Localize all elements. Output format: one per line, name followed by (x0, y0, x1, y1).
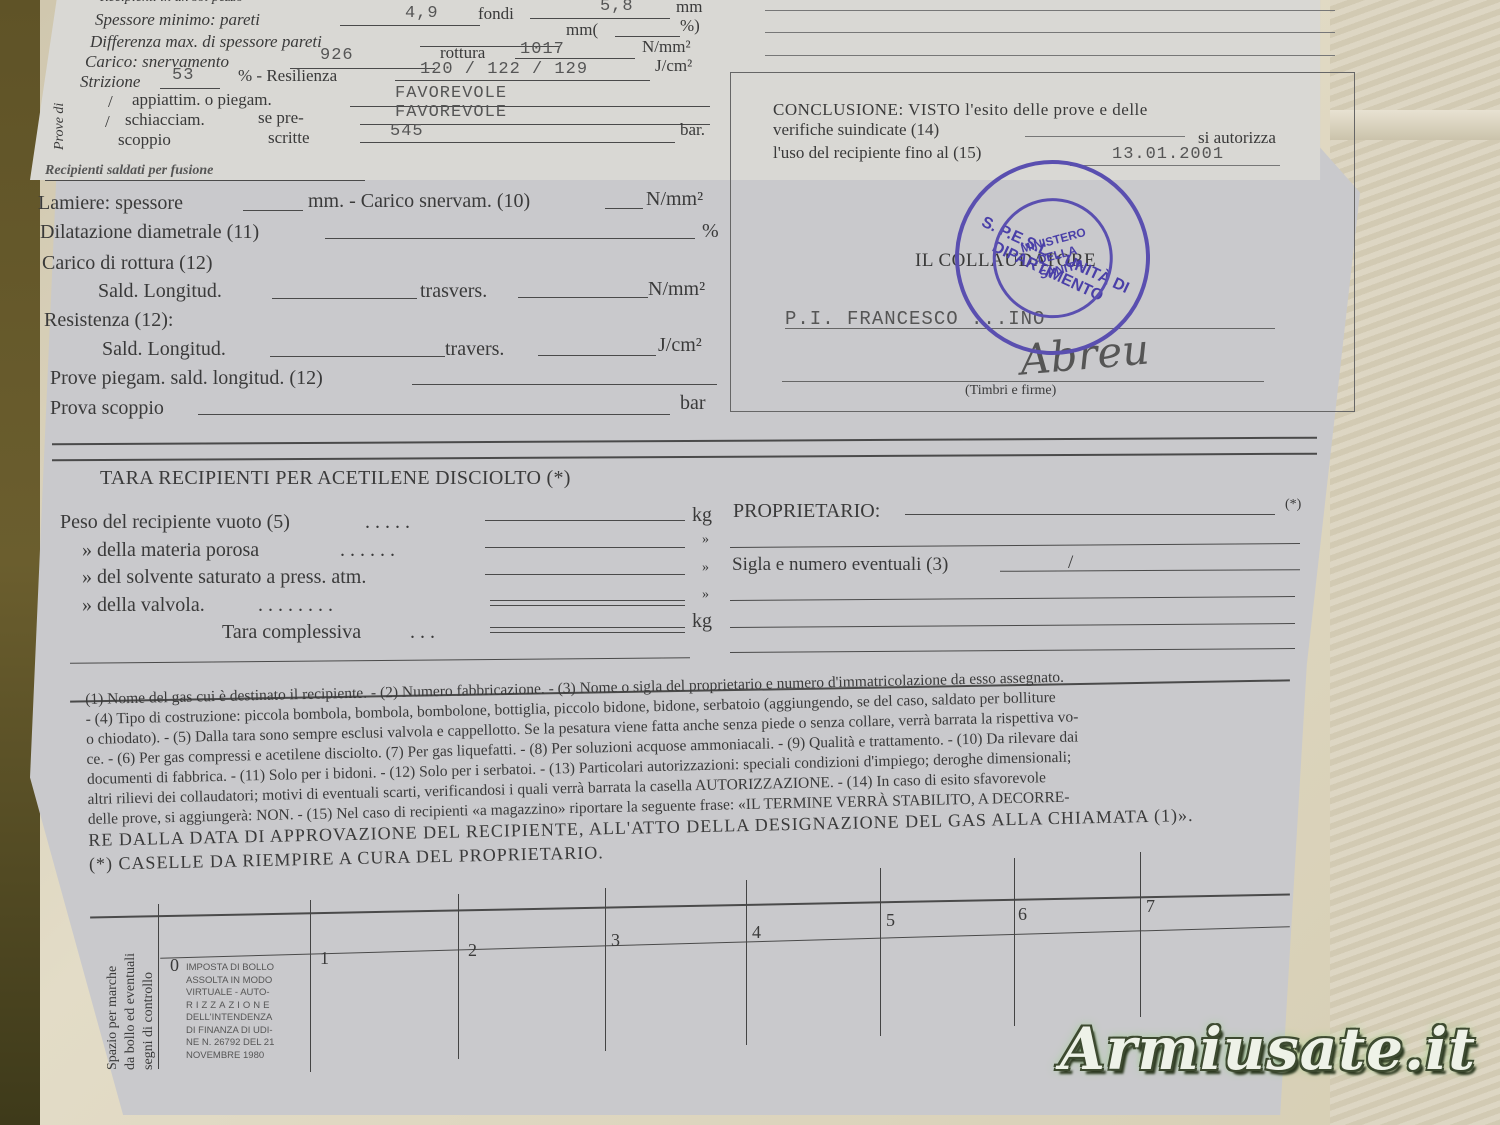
stamp-inner-ring: MINISTERO DELLA SANITÀ (973, 178, 1132, 337)
scoppio-unit: bar. (680, 120, 705, 140)
lamiere-mid: mm. - Carico snervam. (10) (308, 190, 530, 213)
proprietario-label: PROPRIETARIO: (733, 500, 880, 523)
validity-date: 13.01.2001 (1112, 145, 1224, 164)
scoppio-label: scoppio (118, 130, 171, 150)
resilienza-values: 120 / 122 / 129 (420, 60, 588, 79)
cell-number: 7 (1146, 896, 1155, 917)
prova-scoppio-label: Prova scoppio (50, 397, 164, 420)
cell-number: 5 (886, 910, 895, 931)
tara-heading: TARA RECIPIENTI PER ACETILENE DISCIOLTO … (100, 467, 571, 490)
differenza-unit: mm( (566, 20, 598, 40)
resistenza-label: Resistenza (12): (44, 309, 173, 332)
carico-label: Carico: snervamento (85, 52, 229, 72)
dilatazione-unit: % (702, 220, 719, 243)
sigla-label: Sigla e numero eventuali (3) (732, 554, 948, 576)
tara-row-label: » della materia porosa (82, 539, 259, 562)
dilatazione-label: Dilatazione diametrale (11) (40, 221, 259, 244)
spessore-label: Spessore minimo: pareti (95, 10, 260, 30)
resistenza-unit: J/cm² (658, 334, 702, 357)
differenza-pct: %) (680, 16, 700, 36)
travers-label: travers. (445, 338, 504, 361)
conclusione-line1: CONCLUSIONE: VISTO l'esito delle prove e… (773, 100, 1148, 120)
tara-row-label: Peso del recipiente vuoto (5) (60, 511, 290, 534)
cell-number: 4 (752, 922, 761, 943)
prove-piegam-label: Prove piegam. sald. longitud. (12) (50, 367, 323, 390)
background-leather (1330, 0, 1500, 1125)
strizione-value: 53 (172, 66, 194, 85)
cell-number: 2 (468, 940, 477, 961)
conclusione-line3: l'uso del recipiente fino al (15) (773, 143, 981, 163)
proprietario-asterisk: (*) (1285, 497, 1301, 513)
timbri-caption: (Timbri e firme) (965, 383, 1056, 399)
cell-number: 1 (320, 948, 329, 969)
mm-unit: mm (676, 0, 702, 17)
sald-longitud-label: Sald. Longitud. (98, 280, 222, 303)
rottura-value: 1017 (520, 40, 565, 59)
watermark-logo: Armiusate.it (1060, 1015, 1476, 1083)
carico-snervamento-value: 926 (320, 46, 354, 65)
saldati-heading: Recipienti saldati per fusione (45, 163, 213, 179)
spessore-pareti-value: 4,9 (405, 4, 439, 23)
lamiere-unit: N/mm² (646, 188, 703, 211)
conclusione-line2a: verifiche suindicate (14) (773, 120, 939, 140)
cell-number: 0 (170, 955, 179, 976)
scritte-label: scritte (268, 128, 310, 148)
prova-scoppio-unit: bar (680, 392, 706, 415)
strizione-label: Strizione (80, 72, 140, 92)
se-pre-label: se pre- (258, 108, 304, 128)
appiattim-label: appiattim. o piegam. (132, 90, 272, 110)
schiacciam-label: schiacciam. (125, 110, 205, 130)
clipped-header: Recipienti in un sol pezzo (100, 0, 243, 6)
appiattim-value: FAVOREVOLE (395, 84, 507, 103)
leather-seam (1330, 110, 1500, 140)
cell-number: 6 (1018, 904, 1027, 925)
sigla-separator: / (1068, 552, 1073, 574)
prove-di-label: Prove di (52, 103, 68, 150)
lamiere-label: Lamiere: spessore (38, 192, 183, 215)
carico-rottura-label: Carico di rottura (12) (42, 252, 213, 275)
sald-longitud-label-2: Sald. Longitud. (102, 338, 226, 361)
footnotes: (1) Nome del gas cui è destinato il reci… (85, 663, 1284, 874)
bollo-notice: IMPOSTA DI BOLLO ASSOLTA IN MODO VIRTUAL… (186, 962, 274, 1062)
scoppio-value: 545 (390, 122, 424, 141)
schiacciam-value: FAVOREVOLE (395, 103, 507, 122)
differenza-label: Differenza max. di spessore pareti (90, 32, 322, 52)
stamp-center-text: MINISTERO DELLA SANITÀ (1018, 225, 1097, 287)
trasvers-label: trasvers. (420, 280, 487, 303)
fondi-label: fondi (478, 4, 514, 24)
tara-row-label: » del solvente saturato a press. atm. (82, 566, 366, 589)
cell-number: 3 (611, 930, 620, 951)
rottura-unit: N/mm² (642, 37, 691, 57)
stamp-space-label: Spazio per marche da bollo ed eventuali … (104, 953, 158, 1070)
rottura-unit-2: N/mm² (648, 278, 705, 301)
tara-row-label: » della valvola. (82, 594, 205, 617)
resilienza-unit: J/cm² (655, 56, 692, 76)
spessore-fondi-value: 5,8 (600, 0, 634, 16)
tara-row-label: Tara complessiva (222, 621, 361, 644)
resilienza-label: % - Resilienza (238, 66, 337, 86)
